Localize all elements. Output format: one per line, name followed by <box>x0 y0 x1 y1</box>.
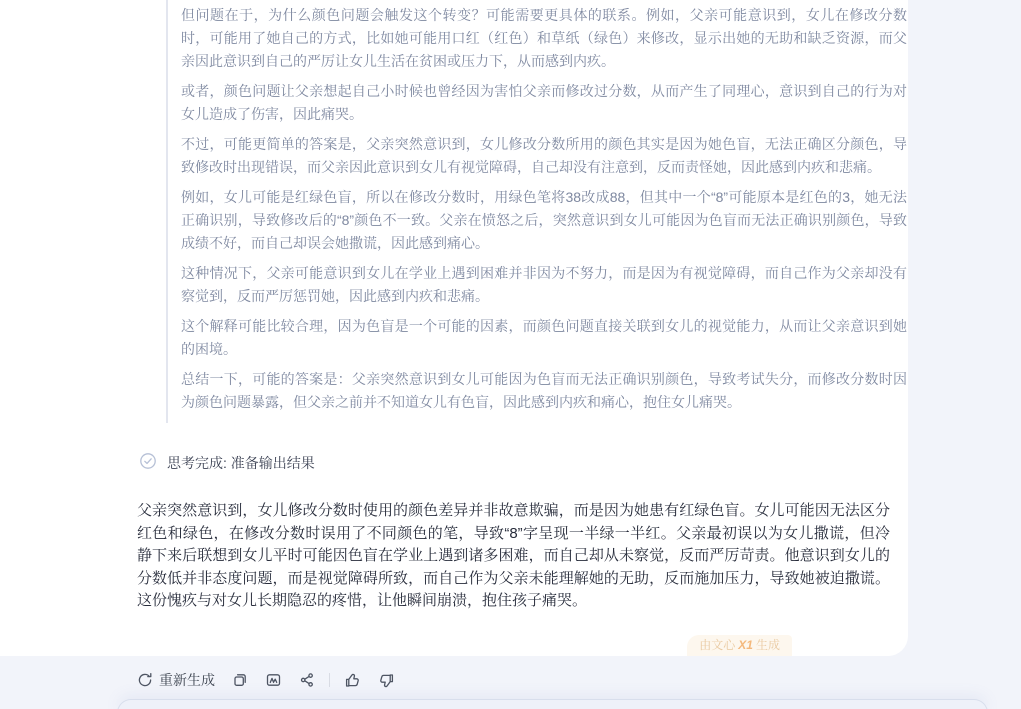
chat-input-box-top-edge[interactable] <box>117 699 988 709</box>
thinking-status-row[interactable]: 思考完成: 准备输出结果 <box>139 452 315 474</box>
assistant-message-card: 但问题在于，为什么颜色问题会触发这个转变？可能需要更具体的联系。例如，父亲可能意… <box>0 0 908 656</box>
regenerate-label: 重新生成 <box>159 670 215 690</box>
thinking-status-label: 思考完成: 准备输出结果 <box>167 453 315 473</box>
export-image-button[interactable] <box>265 672 282 688</box>
message-action-toolbar: 重新生成 <box>137 667 412 693</box>
share-button[interactable] <box>299 672 315 688</box>
thinking-paragraph: 不过，可能更简单的答案是，父亲突然意识到，女儿修改分数所用的颜色其实是因为她色盲… <box>181 133 907 179</box>
thinking-paragraph: 或者，颜色问题让父亲想起自己小时候也曾经因为害怕父亲而修改过分数，从而产生了同理… <box>181 80 907 126</box>
thumbs-up-button[interactable] <box>344 672 361 689</box>
answer-text: 父亲突然意识到，女儿修改分数时使用的颜色差异并非故意欺骗，而是因为她患有红绿色盲… <box>137 500 890 613</box>
toolbar-divider <box>329 673 330 687</box>
watermark-suffix: 生成 <box>756 638 780 652</box>
watermark-prefix: 由文心 <box>699 638 735 652</box>
refresh-icon <box>137 672 153 688</box>
thinking-process-block: 但问题在于，为什么颜色问题会触发这个转变？可能需要更具体的联系。例如，父亲可能意… <box>166 0 907 423</box>
thinking-paragraph: 这个解释可能比较合理，因为色盲是一个可能的因素，而颜色问题直接关联到女儿的视觉能… <box>181 315 907 361</box>
generated-by-watermark: 由文心X1生成 <box>687 635 792 656</box>
watermark-model-name: X1 <box>738 638 753 652</box>
image-card-icon <box>265 672 282 688</box>
thinking-paragraph: 总结一下，可能的答案是：父亲突然意识到女儿可能因为色盲而无法正确识别颜色，导致考… <box>181 368 907 414</box>
share-icon <box>299 672 315 688</box>
copy-icon <box>232 672 248 688</box>
regenerate-button[interactable]: 重新生成 <box>137 670 215 690</box>
thinking-paragraph: 这种情况下，父亲可能意识到女儿在学业上遇到困难并非因为不努力，而是因为有视觉障碍… <box>181 262 907 308</box>
thumbs-down-button[interactable] <box>378 672 395 689</box>
thinking-paragraph: 但问题在于，为什么颜色问题会触发这个转变？可能需要更具体的联系。例如，父亲可能意… <box>181 4 907 73</box>
copy-button[interactable] <box>232 672 248 688</box>
thumbs-down-icon <box>378 672 395 689</box>
check-circle-icon <box>139 452 157 475</box>
thumbs-up-icon <box>344 672 361 689</box>
thinking-paragraph: 例如，女儿可能是红绿色盲，所以在修改分数时，用绿色笔将38改成88，但其中一个“… <box>181 186 907 255</box>
